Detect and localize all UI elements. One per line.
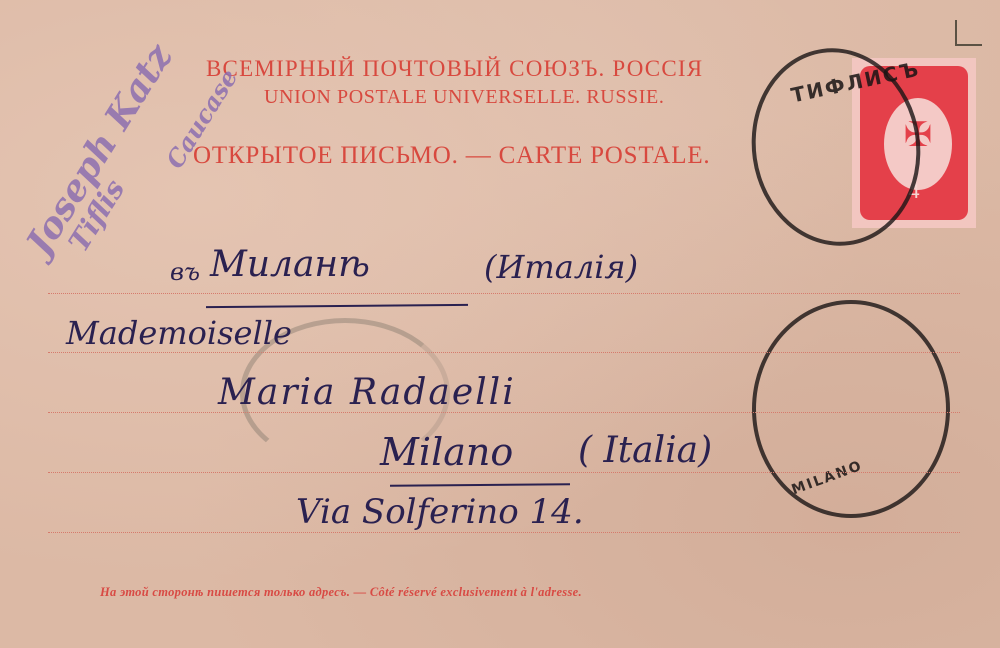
header-russian-line: ВСЕМIРНЫЙ ПОЧТОВЫЙ СОЮЗЪ. РОССIЯ [206, 56, 703, 82]
address-prefix: въ [170, 258, 200, 286]
address-rule [48, 293, 960, 294]
arrival-postmark [752, 300, 950, 518]
pencil-corner-mark [955, 20, 982, 46]
address-destination-country-ru: (Италiя) [484, 248, 638, 286]
address-destination-city-ru: Миланѣ [210, 244, 370, 285]
address-rule [48, 352, 960, 353]
address-city: Milano [380, 430, 513, 474]
postcard: ВСЕМIРНЫЙ ПОЧТОВЫЙ СОЮЗЪ. РОССIЯ UNION P… [0, 0, 1000, 648]
city-underline [206, 304, 468, 308]
address-country: ( Italia) [578, 430, 712, 471]
address-salutation: Mademoiselle [66, 314, 292, 352]
address-recipient: Maria Radaelli [218, 372, 516, 413]
address-street: Via Solferino 14. [296, 492, 584, 532]
address-rule [48, 532, 960, 533]
header-french-line: UNION POSTALE UNIVERSELLE. RUSSIE. [264, 86, 664, 109]
milano-underline [390, 483, 570, 487]
footer-note: На этой сторонѣ пишется только адресъ. —… [100, 585, 582, 600]
card-title: ОТКРЫТОЕ ПИСЬМО. — CARTE POSTALE. [193, 142, 710, 170]
